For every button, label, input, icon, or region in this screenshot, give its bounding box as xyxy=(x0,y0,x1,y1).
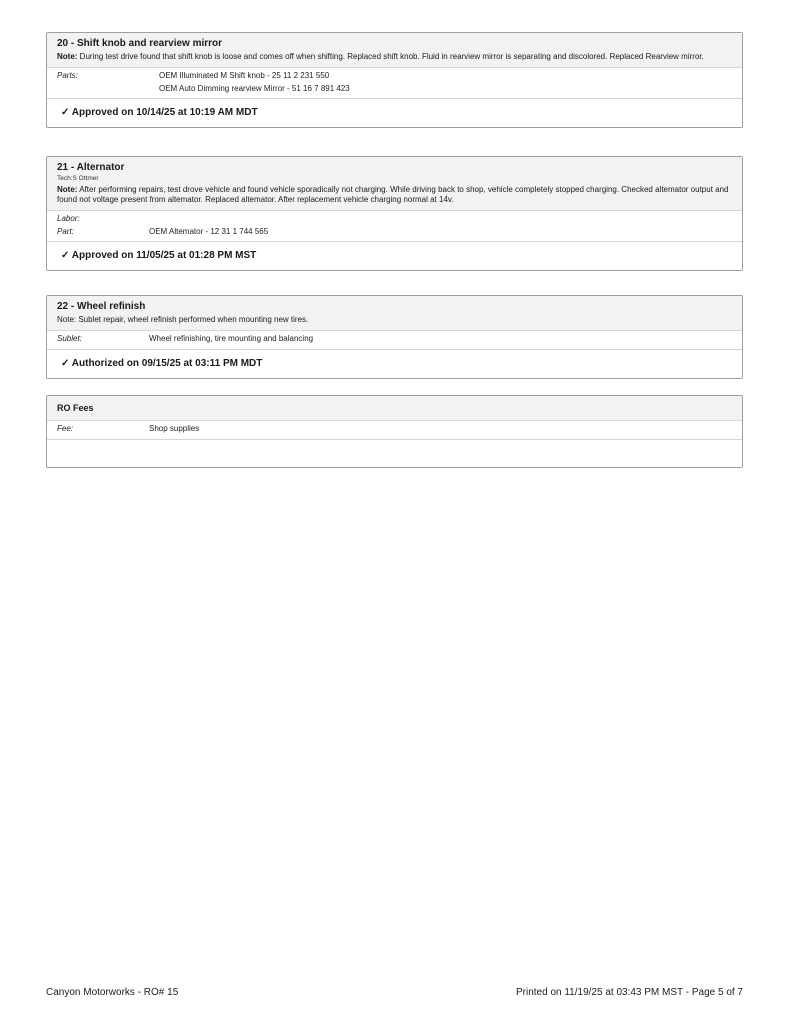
job-title: 22 - Wheel refinish xyxy=(57,301,732,313)
line-label: Parts: xyxy=(57,70,159,83)
job-card-20: 20 - Shift knob and rearview mirror Note… xyxy=(46,32,743,128)
tech-name: Tech:S Ottmer xyxy=(57,174,732,183)
ro-fees-card: RO Fees Fee: Shop supplies xyxy=(46,395,743,468)
footer-shop-ro: Canyon Motorworks - RO# 15 xyxy=(46,987,178,998)
job-lines: Labor: Part: OEM Altemator - 12 31 1 744… xyxy=(47,211,742,242)
line-item: Sublet: Wheel refinishing, tire mounting… xyxy=(57,333,732,346)
fees-empty-area xyxy=(47,440,742,467)
job-card-22: 22 - Wheel refinish Note: Sublet repair,… xyxy=(46,295,743,379)
fee-label: Fee: xyxy=(57,423,149,436)
fees-header: RO Fees xyxy=(47,396,742,421)
line-label: Sublet: xyxy=(57,333,149,346)
job-card-21: 21 - Alternator Tech:S Ottmer Note: Afte… xyxy=(46,156,743,271)
job-title: 21 - Alternator xyxy=(57,162,732,174)
fees-title: RO Fees xyxy=(57,402,732,414)
line-item: Parts: OEM Illuminated M Shift knob - 25… xyxy=(57,70,732,83)
line-value: OEM Auto Dimming rearview Mirror - 51 16… xyxy=(159,83,350,96)
job-title: 20 - Shift knob and rearview mirror xyxy=(57,38,732,50)
line-label: Labor: xyxy=(57,213,149,226)
job-header: 20 - Shift knob and rearview mirror Note… xyxy=(47,33,742,68)
footer-print-info: Printed on 11/19/25 at 03:43 PM MST - Pa… xyxy=(516,987,743,998)
job-note: Note: Sublet repair, wheel refinish perf… xyxy=(57,315,732,325)
line-value: OEM Altemator - 12 31 1 744 565 xyxy=(149,226,268,239)
job-lines: Sublet: Wheel refinishing, tire mounting… xyxy=(47,331,742,350)
line-value: OEM Illuminated M Shift knob - 25 11 2 2… xyxy=(159,70,329,83)
job-lines: Parts: OEM Illuminated M Shift knob - 25… xyxy=(47,68,742,99)
line-item: Labor: xyxy=(57,213,732,226)
authorization-status: ✓ Authorized on 09/15/25 at 03:11 PM MDT xyxy=(47,350,742,378)
approval-status: ✓ Approved on 10/14/25 at 10:19 AM MDT xyxy=(47,99,742,127)
line-item: OEM Auto Dimming rearview Mirror - 51 16… xyxy=(57,83,732,96)
job-note: Note: After performing repairs, test dro… xyxy=(57,185,732,205)
job-note: Note: During test drive found that shift… xyxy=(57,52,732,62)
line-item: Part: OEM Altemator - 12 31 1 744 565 xyxy=(57,226,732,239)
line-label xyxy=(57,83,159,96)
fee-lines: Fee: Shop supplies xyxy=(47,421,742,440)
fee-value: Shop supplies xyxy=(149,423,199,436)
job-header: 21 - Alternator Tech:S Ottmer Note: Afte… xyxy=(47,157,742,211)
line-label: Part: xyxy=(57,226,149,239)
job-header: 22 - Wheel refinish Note: Sublet repair,… xyxy=(47,296,742,331)
approval-status: ✓ Approved on 11/05/25 at 01:28 PM MST xyxy=(47,242,742,270)
line-value: Wheel refinishing, tire mounting and bal… xyxy=(149,333,313,346)
fee-item: Fee: Shop supplies xyxy=(57,423,732,436)
